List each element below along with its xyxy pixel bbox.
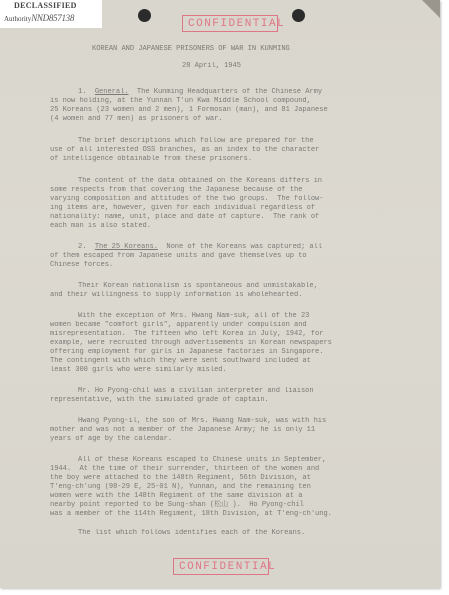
para9-line: was a member of the 114th Regiment, 18th… <box>50 510 332 519</box>
para8-line: Hwang Pyong-il, the son of Mrs. Hwang Na… <box>78 417 326 426</box>
para4-heading: The 25 Koreans. <box>95 243 158 251</box>
para2-line: The brief descriptions which follow are … <box>78 137 314 146</box>
para6-line: offering employment for girls in Japanes… <box>50 348 323 357</box>
para3-line: nationality: name, unit, place and date … <box>50 213 319 222</box>
para6-line: example, were recruited through advertis… <box>50 339 332 348</box>
para1-line: is now holding, at the Yunnan T'un Kwa M… <box>50 97 311 106</box>
para3-line: each man is also stated. <box>50 222 151 231</box>
para9-line: the boy were attached to the 148th Regim… <box>50 474 311 483</box>
para9-line: 1944. At the time of their surrender, th… <box>50 465 319 474</box>
para1-first-line: 1. General. The Kunming Headquarters of … <box>78 88 322 97</box>
para4-number: 2. <box>78 243 86 251</box>
para6-line: With the exception of Mrs. Hwang Nam-suk… <box>78 312 309 321</box>
para4-line: Chinese forces. <box>50 261 113 270</box>
para8-line: mother and was not a member of the Japan… <box>50 426 315 435</box>
authority-label: Authority <box>4 15 31 23</box>
folded-corner <box>422 0 440 18</box>
para7-line: Mr. Ho Pyong-chil was a civilian interpr… <box>78 387 314 396</box>
para5-line: Their Korean nationalism is spontaneous … <box>78 282 318 291</box>
para6-line: misrepresentation. The fifteen who left … <box>50 330 323 339</box>
punch-hole-left <box>138 9 151 22</box>
para9-line: nearby point reported to be Sung-shan (松… <box>50 501 304 510</box>
para9-line: women were with the 148th Regiment of th… <box>50 492 302 501</box>
declassified-text: DECLASSIFIED <box>14 1 77 10</box>
confidential-stamp-top: CONFIDENTIAL <box>182 15 278 32</box>
para7-line: representative, with the simulated grade… <box>50 396 269 405</box>
para6-line: women became "comfort girls", apparently… <box>50 321 307 330</box>
para3-line: some respects from that covering the Jap… <box>50 186 302 195</box>
document-title: KOREAN AND JAPANESE PRISONERS OF WAR IN … <box>92 45 290 54</box>
para10-line: The list which follows identifies each o… <box>78 529 305 538</box>
para3-line: ing items are, however, given for each i… <box>50 204 315 213</box>
para8-line: years of age by the calendar. <box>50 435 172 444</box>
authority-number: NND857138 <box>31 13 74 23</box>
authority-line: AuthorityNND857138 <box>4 13 74 23</box>
para4-line: of them escaped from Japanese units and … <box>50 252 307 261</box>
para5-line: and their willingness to supply informat… <box>50 291 302 300</box>
para3-line: The content of the data obtained on the … <box>78 177 322 186</box>
para9-line: T'eng-ch'ung (98-29 E, 25-01 N), Yunnan,… <box>50 483 311 492</box>
para2-line: use of all interested OSS branches, as a… <box>50 146 319 155</box>
punch-hole-right <box>292 9 305 22</box>
confidential-stamp-bottom: CONFIDENTIAL <box>173 558 269 575</box>
document-page: DECLASSIFIED AuthorityNND857138 CONFIDEN… <box>0 0 440 588</box>
para1-line: (4 women and 77 men) as prisoners of war… <box>50 115 223 124</box>
para2-line: of intelligence obtainable from these pr… <box>50 155 252 164</box>
document-date: 28 April, 1945 <box>182 62 241 71</box>
para1-heading: General. <box>95 88 129 96</box>
para1-line: The Kunming Headquarters of the Chinese … <box>137 88 322 96</box>
para4-first-line: 2. The 25 Koreans. None of the Koreans w… <box>78 243 322 252</box>
para6-line: The contingent with which they were sent… <box>50 357 311 366</box>
para6-line: least 300 girls who were similarly misle… <box>50 366 227 375</box>
para4-line: None of the Koreans was captured; all <box>166 243 322 251</box>
declassified-label-box: DECLASSIFIED AuthorityNND857138 <box>0 0 102 28</box>
para3-line: varying composition and attitudes of the… <box>50 195 323 204</box>
para1-line: 25 Koreans (23 women and 2 men), 1 Formo… <box>50 106 328 115</box>
para1-number: 1. <box>78 88 86 96</box>
para9-line: All of these Koreans escaped to Chinese … <box>78 456 326 465</box>
